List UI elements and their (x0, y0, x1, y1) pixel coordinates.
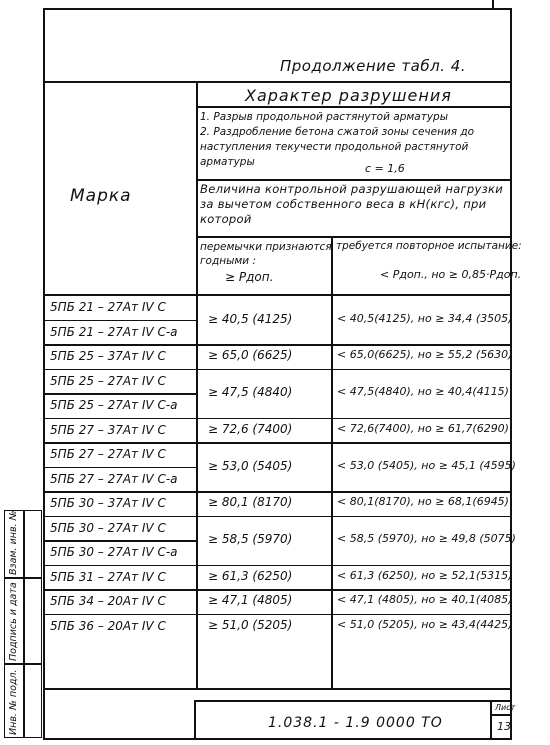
row-divider (43, 418, 512, 420)
continuation-title: Продолжение табл. 4. (280, 57, 466, 75)
sub-row-divider (43, 320, 196, 322)
retest-load-cell: < 53,0 (5405), но ≥ 45,1 (4595) (337, 459, 516, 472)
page-corner-mark (492, 0, 494, 9)
failure-header: Характер разрушения (245, 86, 452, 105)
table-bottom-line (43, 688, 512, 690)
retest-load-cell: < 58,5 (5970), но ≥ 49,8 (5075) (337, 532, 516, 545)
header-divider (196, 106, 512, 108)
side-field-replace: Взам. инв. № (8, 510, 19, 575)
document-designation: 1.038.1 - 1.9 0000 ТО (268, 715, 443, 731)
failure-criteria: 1. Разрыв продольной растянутой арматуры… (200, 110, 505, 170)
accepted-load-cell: ≥ 80,1 (8170) (208, 495, 292, 509)
sheet-label: Лист (495, 703, 515, 712)
accepted-header: перемычки признаются годными : (200, 240, 332, 268)
sheet-divider (490, 700, 492, 740)
mark-column-header: Марка (70, 186, 132, 206)
mark-cell: 5ПБ 21 – 27Ат IV С-а (50, 325, 178, 339)
mark-cell: 5ПБ 31 – 27Ат IV С (50, 570, 166, 584)
side-field-inventory: Инв. № подл. (8, 669, 19, 735)
mark-cell: 5ПБ 27 – 27Ат IV С (50, 447, 166, 461)
accepted-load-cell: ≥ 53,0 (5405) (208, 459, 292, 473)
mark-cell: 5ПБ 30 – 27Ат IV С-а (50, 545, 178, 559)
mark-cell: 5ПБ 25 – 37Ат IV С (50, 349, 166, 363)
accepted-condition: ≥ Pдоп. (225, 270, 273, 284)
side-field-signature: Подпись и дата (8, 582, 19, 661)
accepted-load-cell: ≥ 51,0 (5205) (208, 618, 292, 632)
side-stamp-divider (23, 511, 25, 737)
retest-load-cell: < 65,0(6625), но ≥ 55,2 (5630) (337, 348, 512, 361)
mark-cell: 5ПБ 27 – 27Ат IV С-а (50, 472, 178, 486)
accepted-load-cell: ≥ 61,3 (6250) (208, 569, 292, 583)
sub-row-divider (43, 393, 196, 395)
sub-row-divider (43, 467, 196, 469)
accepted-load-cell: ≥ 47,1 (4805) (208, 593, 292, 607)
side-stamp: Взам. инв. № Подпись и дата Инв. № подл. (4, 510, 42, 738)
row-divider (43, 491, 512, 493)
retest-condition: < Pдоп., но ≥ 0,85·Pдоп. (380, 268, 521, 281)
sheet-label-divider (490, 714, 512, 716)
row-divider (43, 344, 512, 346)
row-divider (43, 369, 512, 371)
retest-load-cell: < 40,5(4125), но ≥ 34,4 (3505) (337, 312, 512, 325)
retest-load-cell: < 51,0 (5205), но ≥ 43,4(4425) (337, 618, 512, 631)
accepted-load-cell: ≥ 58,5 (5970) (208, 532, 292, 546)
mark-cell: 5ПБ 25 – 27Ат IV С (50, 374, 166, 388)
accepted-load-cell: ≥ 47,5 (4840) (208, 385, 292, 399)
column-divider-2 (331, 236, 333, 689)
table-top-line (43, 81, 512, 83)
header-divider (196, 179, 512, 181)
row-divider (43, 516, 512, 518)
sub-row-divider (43, 540, 196, 542)
retest-header: требуется повторное испытание: (336, 240, 522, 252)
retest-load-cell: < 61,3 (6250), но ≥ 52,1(5315) (337, 569, 512, 582)
retest-load-cell: < 72,6(7400), но ≥ 61,7(6290) (337, 422, 509, 435)
accepted-load-cell: ≥ 65,0 (6625) (208, 348, 292, 362)
retest-load-cell: < 47,1 (4805), но ≥ 40,1(4085) (337, 593, 512, 606)
coefficient: c = 1,6 (365, 162, 405, 175)
side-stamp-divider (5, 663, 41, 665)
mark-cell: 5ПБ 25 – 27Ат IV С-а (50, 398, 178, 412)
row-divider (43, 614, 512, 616)
load-header: Величина контрольной разрушающей нагрузк… (200, 182, 510, 227)
accepted-load-cell: ≥ 40,5 (4125) (208, 312, 292, 326)
header-bottom-line (43, 294, 512, 296)
retest-load-cell: < 80,1(8170), но ≥ 68,1(6945) (337, 495, 509, 508)
retest-load-cell: < 47,5(4840), но ≥ 40,4(4115) (337, 385, 509, 398)
row-divider (43, 565, 512, 567)
sheet-number: 13 (497, 720, 511, 733)
mark-cell: 5ПБ 36 – 20Ат IV С (50, 619, 166, 633)
criterion-2: 2. Раздробление бетона сжатой зоны сечен… (200, 125, 505, 170)
row-divider (43, 442, 512, 444)
column-divider-1 (196, 81, 198, 689)
mark-cell: 5ПБ 30 – 27Ат IV С (50, 521, 166, 535)
criterion-1: 1. Разрыв продольной растянутой арматуры (200, 110, 505, 125)
row-divider (43, 589, 512, 591)
accepted-load-cell: ≥ 72,6 (7400) (208, 422, 292, 436)
mark-cell: 5ПБ 30 – 37Ат IV С (50, 496, 166, 510)
mark-cell: 5ПБ 21 – 27Ат IV С (50, 300, 166, 314)
mark-cell: 5ПБ 27 – 37Ат IV С (50, 423, 166, 437)
side-stamp-divider (5, 577, 41, 579)
mark-cell: 5ПБ 34 – 20Ат IV С (50, 594, 166, 608)
header-divider (196, 236, 512, 238)
